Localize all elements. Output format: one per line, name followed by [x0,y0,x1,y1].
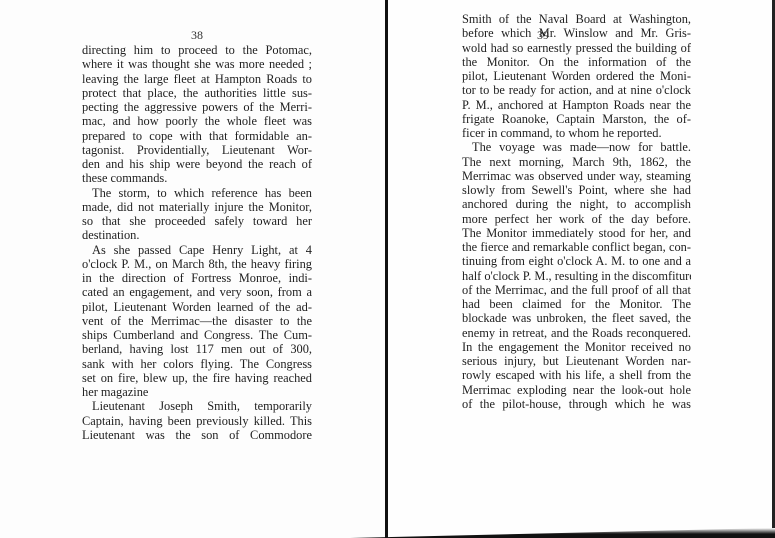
text-line: Lieutenant Joseph Smith, temporarily [82,399,312,413]
text-line: frigate Roanoke, Captain Marston, the of… [462,112,691,126]
text-line: made, did not materially injure the Moni… [82,200,312,214]
text-line: directing him to proceed to the Potomac, [82,43,312,57]
text-line: of the pilot-house, through which he was [462,397,691,411]
text-line: the fierce and remarkable conflict began… [462,240,691,254]
text-line: Captain, having been previously killed. … [82,414,312,428]
right-page: 39 Smith of the Naval Board at Washingto… [388,0,773,538]
text-line: The storm, to which reference has been [82,186,312,200]
text-line: tagonist. Providentially, Lieutenant Wor… [82,143,312,157]
text-line: these commands. [82,171,312,185]
text-line: The voyage was made—now for battle. [462,140,691,154]
text-line: enemy in retreat, and the Roads reconque… [462,326,691,340]
left-page: 38 directing him to proceed to the Potom… [0,0,386,538]
text-line: As she passed Cape Henry Light, at 4 [82,243,312,257]
text-line: of the Merrimac, and the full proof of a… [462,283,691,297]
text-line: so that she proceeded safely toward her [82,214,312,228]
text-line: Merrimac was observed under way, steamin… [462,169,691,183]
text-line: pilot, Lieutenant Worden learned of the … [82,300,312,314]
text-line: blockade was unbroken, the fleet saved, … [462,311,691,325]
text-line: Smith of the Naval Board at Washington, [462,12,691,26]
text-line: the Monitor. On the information of the [462,55,691,69]
text-line: rowly escaped with his life, a shell fro… [462,368,691,382]
text-line: more perfect her work of the day before. [462,212,691,226]
text-line: sank with her colors flying. The Congres… [82,357,312,371]
text-line: pecting the aggressive powers of the Mer… [82,100,312,114]
text-column: Smith of the Naval Board at Washington,b… [462,12,691,411]
text-column: directing him to proceed to the Potomac,… [82,43,312,442]
text-line: before which Mr. Winslow and Mr. Gris- [462,26,691,40]
text-line: prepared to cope with that formidable an… [82,129,312,143]
text-line: set on fire, blew up, the fire having re… [82,371,312,385]
text-line: wold had so earnestly pressed the buildi… [462,41,691,55]
page-number: 38 [191,28,203,43]
text-line: serious injury, but Lieutenant Worden na… [462,354,691,368]
text-line: den and his ship were beyond the reach o… [82,157,312,171]
text-line: P. M., anchored at Hampton Roads near th… [462,98,691,112]
text-line: had been claimed for the Monitor. The [462,297,691,311]
text-line: The next morning, March 9th, 1862, the [462,155,691,169]
text-line: ships Cumberland and Congress. The Cum- [82,328,312,342]
text-line: in the direction of Fortress Monroe, ind… [82,271,312,285]
text-line: anchored during the night, to accomplish [462,197,691,211]
text-line: mac, and how poorly the whole fleet was [82,114,312,128]
text-line: tinuing from eight o'clock A. M. to one … [462,254,691,268]
text-line: The Monitor immediately stood for her, a… [462,226,691,240]
text-line: protect that place, the authorities litt… [82,86,312,100]
text-line: slowly from Sewell's Point, where she ha… [462,183,691,197]
text-line: In the engagement the Monitor received n… [462,340,691,354]
text-line: ficer in command, to whom he reported. [462,126,691,140]
text-line: pilot, Lieutenant Worden ordered the Mon… [462,69,691,83]
text-line: cated an engagement, and very soon, from… [82,285,312,299]
text-line: leaving the large fleet at Hampton Roads… [82,72,312,86]
text-line: vent of the Merrimac—the disaster to the [82,314,312,328]
text-line: tor to be ready for action, and at nine … [462,83,691,97]
text-line: o'clock P. M., on March 8th, the heavy f… [82,257,312,271]
text-line: her magazine [82,385,312,399]
text-line: half o'clock P. M., resulting in the dis… [462,269,691,283]
text-line: Lieutenant was the son of Commodore [82,428,312,442]
text-line: where it was thought she was more needed… [82,57,312,71]
text-line: destination. [82,228,312,242]
text-line: Merrimac exploding near the look-out hol… [462,383,691,397]
text-line: berland, having lost 117 men out of 300, [82,342,312,356]
